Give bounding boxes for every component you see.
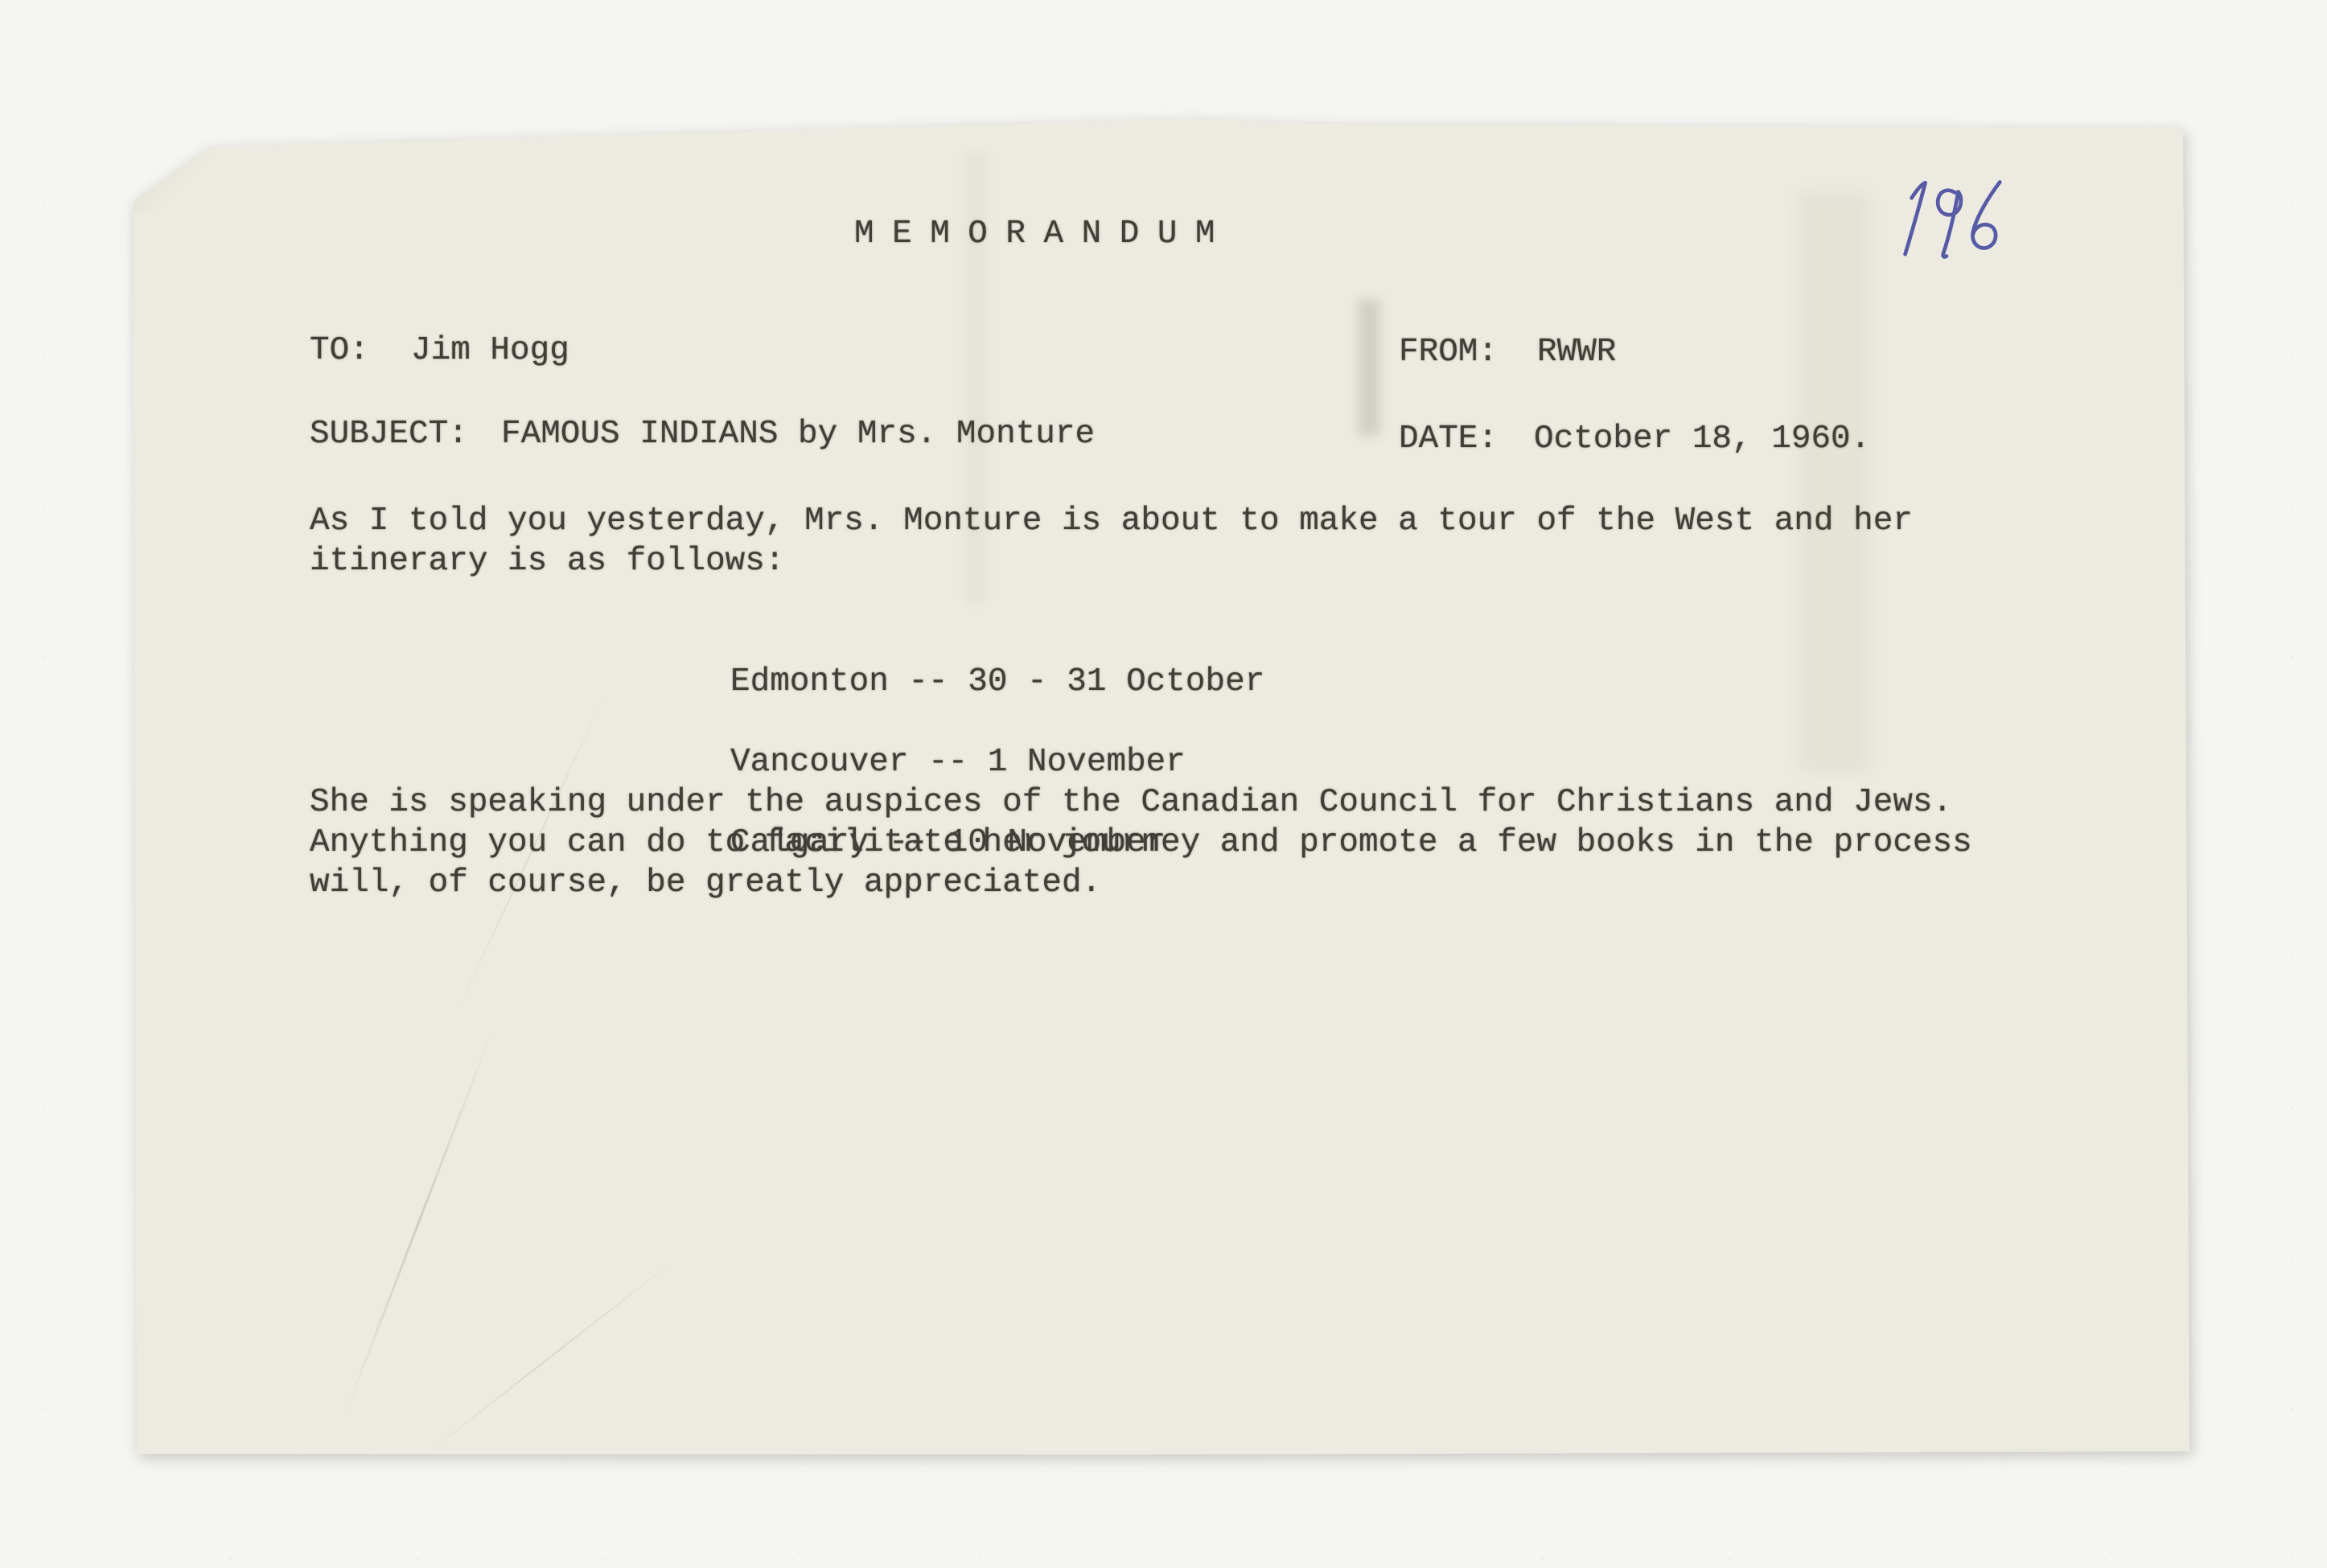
memo-paper-sheet: MEMORANDUM TO:Jim Hogg FROM:RWWR SUBJECT… — [0, 0, 2327, 1568]
scan-background: MEMORANDUM TO:Jim Hogg FROM:RWWR SUBJECT… — [0, 0, 2327, 1568]
ink-smudge — [1358, 299, 1380, 436]
itinerary-item-vancouver: Vancouver -- 1 November — [730, 742, 1264, 782]
memo-title: MEMORANDUM — [854, 214, 1233, 254]
date-value: October 18, 1960. — [1534, 421, 1870, 458]
subject-label: SUBJECT: — [310, 414, 501, 454]
memo-date-row: DATE:October 18, 1960. — [1399, 379, 1870, 459]
from-value: RWWR — [1537, 334, 1616, 371]
ink-bleed-through — [1798, 193, 1870, 772]
digit-1-stroke — [1906, 183, 1926, 255]
to-value: Jim Hogg — [411, 332, 569, 369]
digit-9-stroke — [1936, 190, 1961, 257]
memo-subject-row: SUBJECT:FAMOUS INDIANS by Mrs. Monture — [310, 374, 1095, 454]
body-paragraph-2: She is speaking under the auspices of th… — [310, 782, 1972, 903]
body-paragraph-1: As I told you yesterday, Mrs. Monture is… — [310, 501, 1913, 581]
subject-value: FAMOUS INDIANS by Mrs. Monture — [501, 416, 1095, 453]
memo-to-row: TO:Jim Hogg — [310, 290, 569, 371]
from-label: FROM: — [1399, 332, 1537, 372]
memo-from-row: FROM:RWWR — [1399, 292, 1616, 372]
folded-corner-shade — [129, 142, 225, 214]
handwritten-page-number — [1886, 170, 2027, 271]
date-label: DATE: — [1399, 419, 1534, 459]
paper-shadow: MEMORANDUM TO:Jim Hogg FROM:RWWR SUBJECT… — [0, 0, 2327, 1568]
handwriting-196-strokes — [1885, 169, 2028, 273]
itinerary-item-edmonton: Edmonton -- 30 - 31 October — [730, 662, 1264, 702]
to-label: TO: — [310, 330, 411, 371]
paper-crease — [413, 1255, 680, 1464]
paper-crease — [342, 1028, 494, 1419]
digit-6-stroke — [1972, 182, 2000, 248]
